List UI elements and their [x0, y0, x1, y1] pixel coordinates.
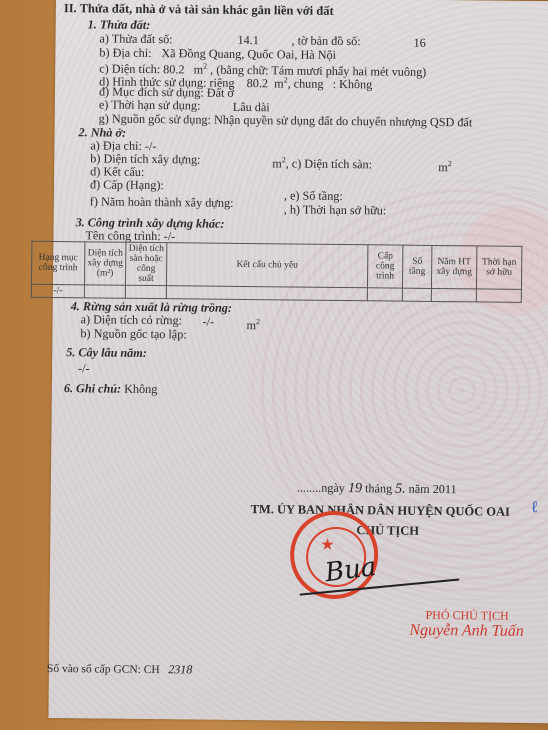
- col-header: Cấp công trình: [367, 245, 402, 288]
- certificate-page: II. Thửa đất, nhà ở và tài sản khác gắn …: [48, 0, 548, 723]
- date-year: 2011: [433, 482, 457, 496]
- floors-label: , e) Số tầng:: [284, 188, 343, 203]
- perennial-heading: 5. Cây lâu năm:: [66, 345, 147, 360]
- map-number: 16: [413, 36, 425, 50]
- col-header: Diện tích sàn hoặc công suất: [125, 242, 166, 285]
- map-label: , tờ bản đồ số:: [291, 33, 360, 48]
- forest-area-value: -/-: [203, 315, 215, 329]
- table-cell: [84, 285, 125, 298]
- term-label: e) Thời hạn sử dụng:: [99, 97, 201, 112]
- usage-shared: : Không: [333, 77, 373, 91]
- usage-shared-label: , chung: [288, 76, 324, 90]
- year-label: năm: [409, 482, 430, 496]
- table-header-row: Hạng mục công trình Diện tích xây dựng (…: [31, 241, 521, 289]
- origin: g) Nguồn gốc sử dụng: Nhận quyền sử dụng…: [99, 111, 473, 129]
- section-title: II. Thửa đất, nhà ở và tài sản khác gắn …: [64, 1, 334, 18]
- signer-name: Nguyễn Anh Tuấn: [409, 624, 524, 639]
- star-icon: ★: [320, 535, 335, 555]
- registry-number: 2318: [168, 662, 192, 676]
- ownership-term-label: , h) Thời hạn sở hữu:: [284, 202, 387, 217]
- signature: Bua: [323, 552, 378, 588]
- col-header: Diện tích xây dựng (m²): [84, 242, 125, 285]
- col-header: Thời hạn sở hữu: [476, 246, 521, 289]
- month-label: tháng: [365, 481, 392, 495]
- land-heading: 1. Thửa đất:: [88, 17, 151, 32]
- year-built-label: f) Năm hoàn thành xây dựng:: [90, 194, 234, 210]
- registry-label: Số vào sổ cấp GCN: CH: [47, 663, 160, 676]
- authority-title: TM. ỦY BAN NHÂN DÂN HUYỆN QUỐC OAI: [251, 502, 510, 519]
- parcel-label: a) Thửa đất số:: [99, 31, 172, 46]
- floor-area-label: , c) Diện tích sàn:: [286, 156, 372, 171]
- works-table: Hạng mục công trình Diện tích xây dựng (…: [31, 241, 523, 303]
- table-cell: [431, 288, 476, 301]
- forest-origin: b) Nguồn gốc tạo lập:: [80, 326, 186, 341]
- table-cell: -/-: [31, 284, 84, 298]
- usage-private: 80.2: [247, 76, 268, 90]
- table-cell: [125, 285, 166, 298]
- col-header: Năm HT xây dựng: [431, 245, 476, 288]
- perennial-value: -/-: [78, 361, 90, 375]
- parcel-number: 14.1: [237, 33, 258, 47]
- note-value: Không: [124, 382, 157, 396]
- table-cell: [402, 288, 431, 301]
- deputy-title: PHÓ CHỦ TỊCH: [425, 608, 508, 623]
- forest-area-label: a) Diện tích có rừng:: [81, 312, 183, 327]
- date-day: 19: [348, 481, 362, 496]
- date-month: 5.: [395, 482, 406, 497]
- table-cell: [367, 288, 402, 301]
- table-cell: [476, 289, 521, 302]
- note-heading: 6. Ghi chú:: [64, 381, 121, 396]
- grade-label: đ) Cấp (Hạng):: [90, 177, 164, 192]
- table-cell: [166, 286, 367, 301]
- handwritten-mark: ℓ: [531, 501, 539, 515]
- col-header: Kết cấu chủ yếu: [166, 243, 367, 288]
- date-prefix: ........ngày: [297, 481, 345, 496]
- col-header: Số tầng: [402, 245, 431, 288]
- col-header: Hạng mục công trình: [31, 241, 84, 285]
